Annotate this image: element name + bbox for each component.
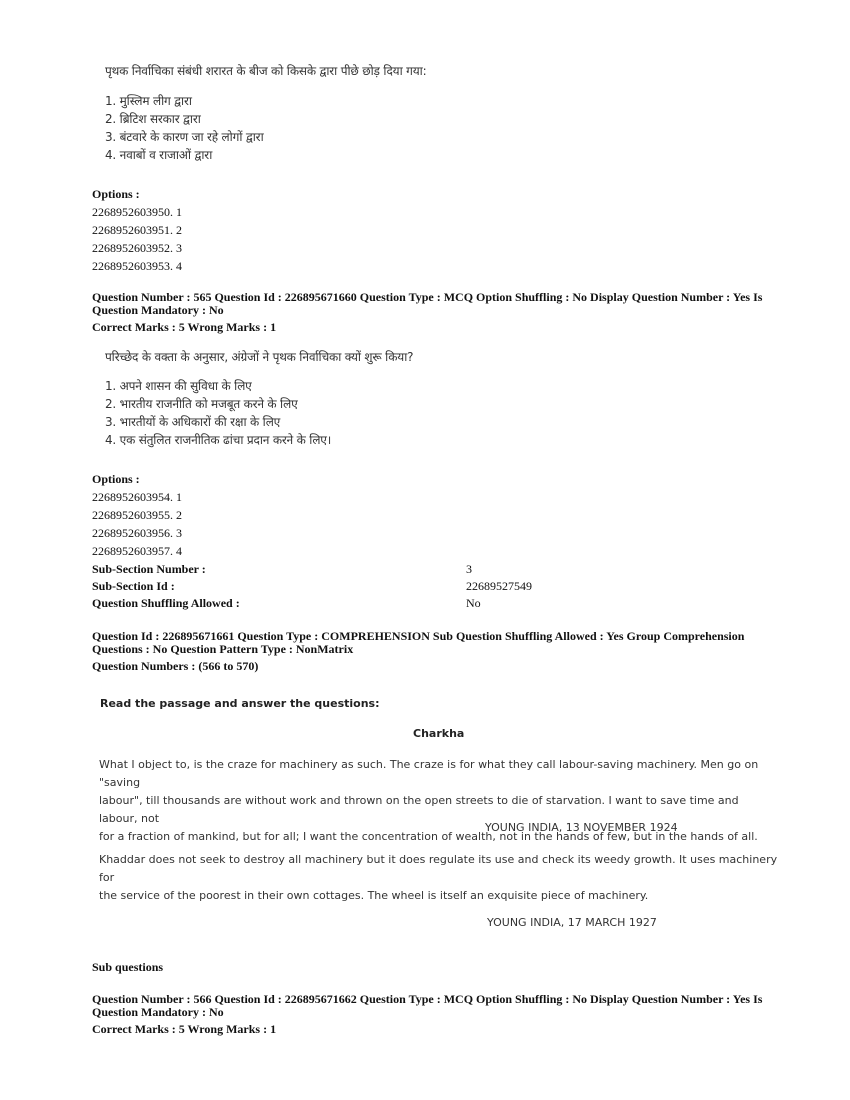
passage-source-1: YOUNG INDIA, 13 NOVEMBER 1924 <box>485 821 678 834</box>
option-id: 2268952603952. 3 <box>92 239 182 257</box>
options-label: Options : <box>92 470 182 488</box>
subsection-label: Sub-Section Number : <box>92 561 466 578</box>
q566-meta-line2: Question Mandatory : No <box>92 1006 772 1019</box>
sub-questions-label: Sub questions <box>92 961 163 974</box>
q565-meta-line2: Question Mandatory : No <box>92 304 772 317</box>
option-id: 2268952603956. 3 <box>92 524 182 542</box>
comprehension-meta: Question Id : 226895671661 Question Type… <box>92 630 772 673</box>
question-numbers: Question Numbers : (566 to 570) <box>92 660 772 673</box>
q564-options: Options : 2268952603950. 1 2268952603951… <box>92 185 182 275</box>
subsection-table: Sub-Section Number : 3 Sub-Section Id : … <box>92 561 692 612</box>
choice-1: 1. मुस्लिम लीग द्वारा <box>105 92 264 110</box>
subsection-row: Sub-Section Number : 3 <box>92 561 692 578</box>
choice-4: 4. नवाबों व राजाओं द्वारा <box>105 146 264 164</box>
q565-options: Options : 2268952603954. 1 2268952603955… <box>92 470 182 560</box>
passage-line: What I object to, is the craze for machi… <box>99 756 779 792</box>
comprehension-meta-line2: Questions : No Question Pattern Type : N… <box>92 643 772 656</box>
passage-instruction: Read the passage and answer the question… <box>100 697 380 710</box>
subsection-label: Sub-Section Id : <box>92 578 466 595</box>
option-id: 2268952603951. 2 <box>92 221 182 239</box>
option-id: 2268952603954. 1 <box>92 488 182 506</box>
option-id: 2268952603957. 4 <box>92 542 182 560</box>
subsection-row: Sub-Section Id : 22689527549 <box>92 578 692 595</box>
subsection-row: Question Shuffling Allowed : No <box>92 595 692 612</box>
q565-question-text: परिच्छेद के वक्ता के अनुसार, अंग्रेजों न… <box>105 348 413 365</box>
q565-marks: Correct Marks : 5 Wrong Marks : 1 <box>92 321 772 334</box>
choice-1: 1. अपने शासन की सुविधा के लिए <box>105 377 331 395</box>
q565-meta: Question Number : 565 Question Id : 2268… <box>92 291 772 334</box>
choice-2: 2. ब्रिटिश सरकार द्वारा <box>105 110 264 128</box>
subsection-value: 3 <box>466 561 472 578</box>
choice-2: 2. भारतीय राजनीति को मजबूत करने के लिए <box>105 395 331 413</box>
choice-3: 3. बंटवारे के कारण जा रहे लोगों द्वारा <box>105 128 264 146</box>
choice-4: 4. एक संतुलित राजनीतिक ढांचा प्रदान करने… <box>105 431 331 449</box>
q566-marks: Correct Marks : 5 Wrong Marks : 1 <box>92 1023 772 1036</box>
q564-choices: 1. मुस्लिम लीग द्वारा 2. ब्रिटिश सरकार द… <box>105 92 264 164</box>
q566-meta: Question Number : 566 Question Id : 2268… <box>92 993 772 1036</box>
passage-line: the service of the poorest in their own … <box>99 887 779 905</box>
option-id: 2268952603953. 4 <box>92 257 182 275</box>
choice-3: 3. भारतीयों के अधिकारों की रक्षा के लिए <box>105 413 331 431</box>
passage-paragraph-2: Khaddar does not seek to destroy all mac… <box>99 851 779 905</box>
subsection-value: No <box>466 595 481 612</box>
q564-question-text: पृथक निर्वाचिका संबंधी शरारत के बीज को क… <box>105 62 426 79</box>
options-label: Options : <box>92 185 182 203</box>
option-id: 2268952603955. 2 <box>92 506 182 524</box>
passage-title: Charkha <box>413 727 464 740</box>
q565-choices: 1. अपने शासन की सुविधा के लिए 2. भारतीय … <box>105 377 331 449</box>
passage-source-2: YOUNG INDIA, 17 MARCH 1927 <box>487 916 657 929</box>
option-id: 2268952603950. 1 <box>92 203 182 221</box>
subsection-value: 22689527549 <box>466 578 532 595</box>
passage-line: Khaddar does not seek to destroy all mac… <box>99 851 779 887</box>
subsection-label: Question Shuffling Allowed : <box>92 595 466 612</box>
